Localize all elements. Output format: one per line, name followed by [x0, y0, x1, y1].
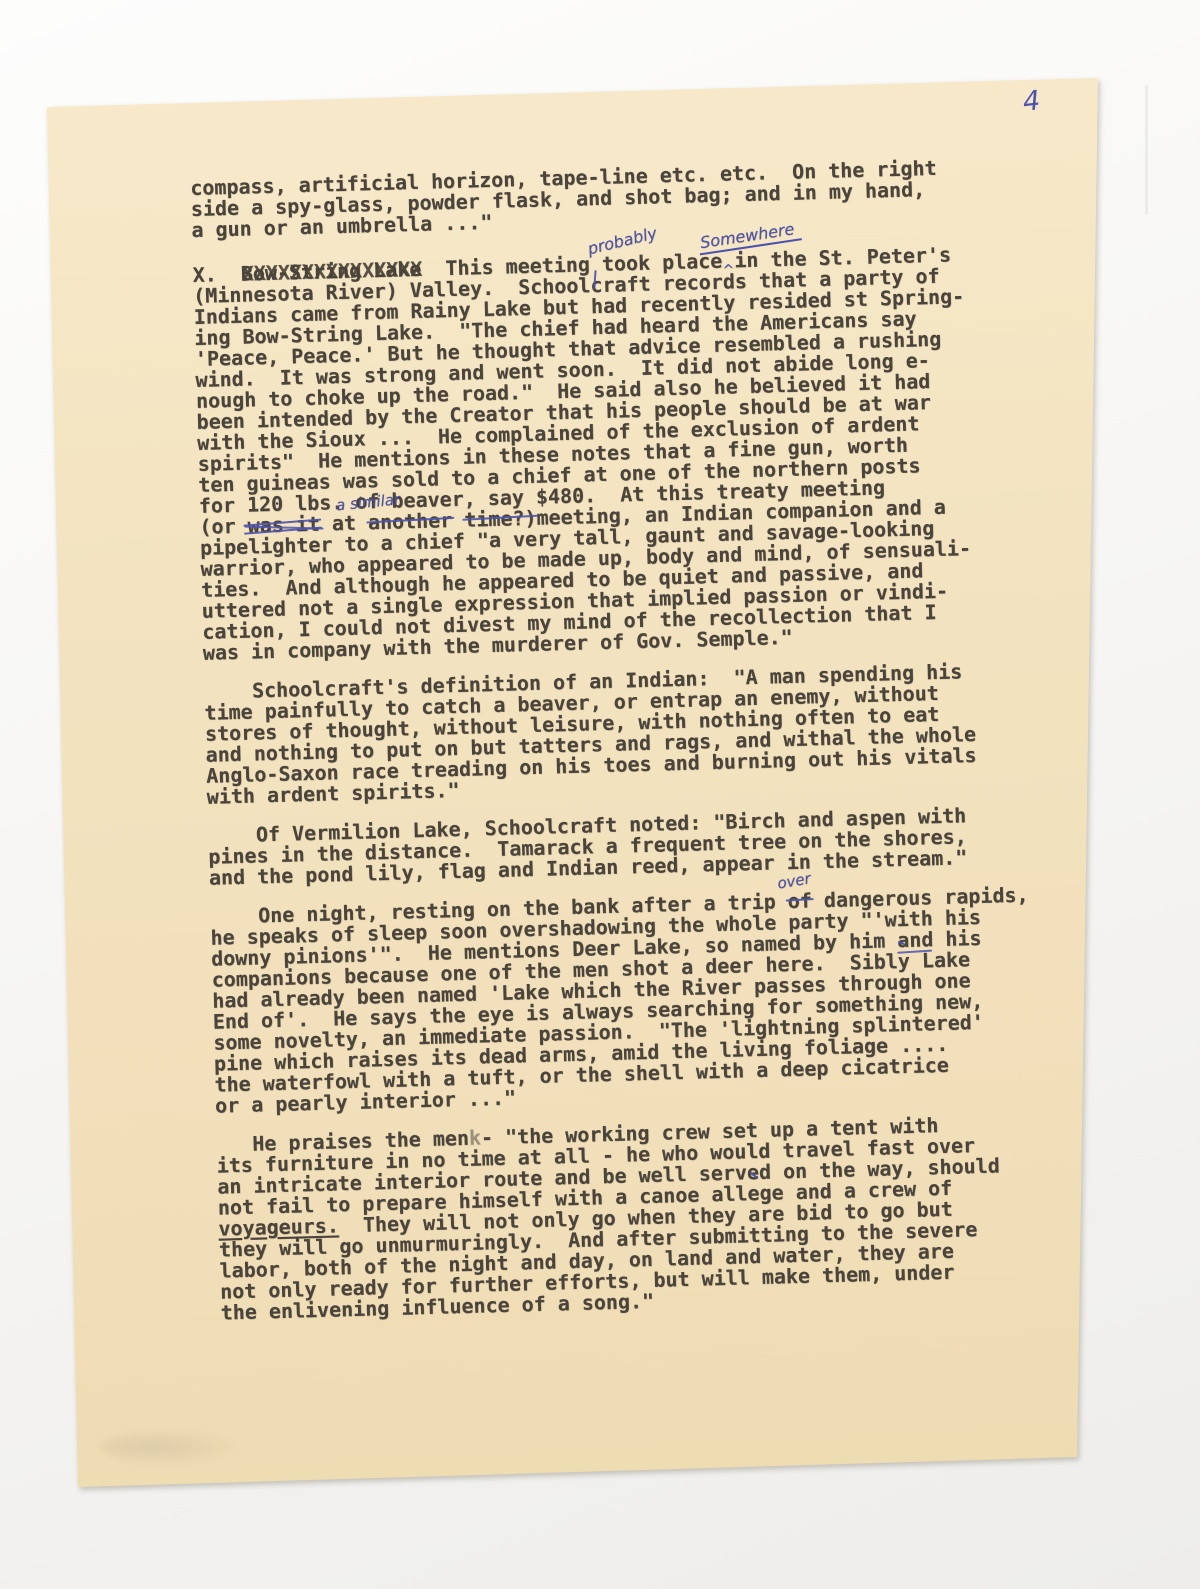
paragraph: Of Vermilion Lake, Schoolcraft noted: "B…	[208, 803, 1039, 888]
paragraph: X. Bow-String LakeXXXXXXXXXXXXXXX This m…	[192, 243, 1032, 664]
faint-stamp	[99, 1430, 234, 1464]
typed-overstrike: Bow-String LakeXXXXXXXXXXXXXXX	[241, 259, 422, 285]
typed-text: compass, artificial horizon, tape-line e…	[190, 156, 1051, 1324]
mark-grave: e	[747, 1181, 760, 1205]
mark-bstrike: ofover	[787, 888, 812, 913]
handwritten-annotation: over	[776, 868, 812, 894]
paragraph: He praises the menk- "the working crew s…	[216, 1112, 1051, 1323]
page-number: 4	[1021, 85, 1041, 118]
scan-background: 4 compass, artificial horizon, tape-line…	[0, 0, 1200, 1589]
mark-tick: y	[897, 949, 910, 973]
mark-caret: d	[723, 269, 736, 293]
mark-bstrike2: was it	[247, 512, 320, 538]
mark-bstrike: time?)	[464, 506, 537, 532]
paper-page: 4 compass, artificial horizon, tape-line…	[47, 78, 1100, 1488]
mark-dim: k	[469, 1125, 482, 1149]
mark-bstrike: anothera similar	[368, 508, 453, 534]
paragraph: compass, artificial horizon, tape-line e…	[190, 156, 1021, 241]
mark-vstroke: c	[590, 273, 603, 297]
paragraph: One night, resting on the bank after a t…	[210, 884, 1045, 1116]
paragraph: Schoolcraft's definition of an Indian: "…	[204, 659, 1037, 807]
scanner-artifact	[1145, 85, 1148, 215]
overstrike-layer: XXXXXXXXXXXXXXX	[242, 259, 423, 285]
